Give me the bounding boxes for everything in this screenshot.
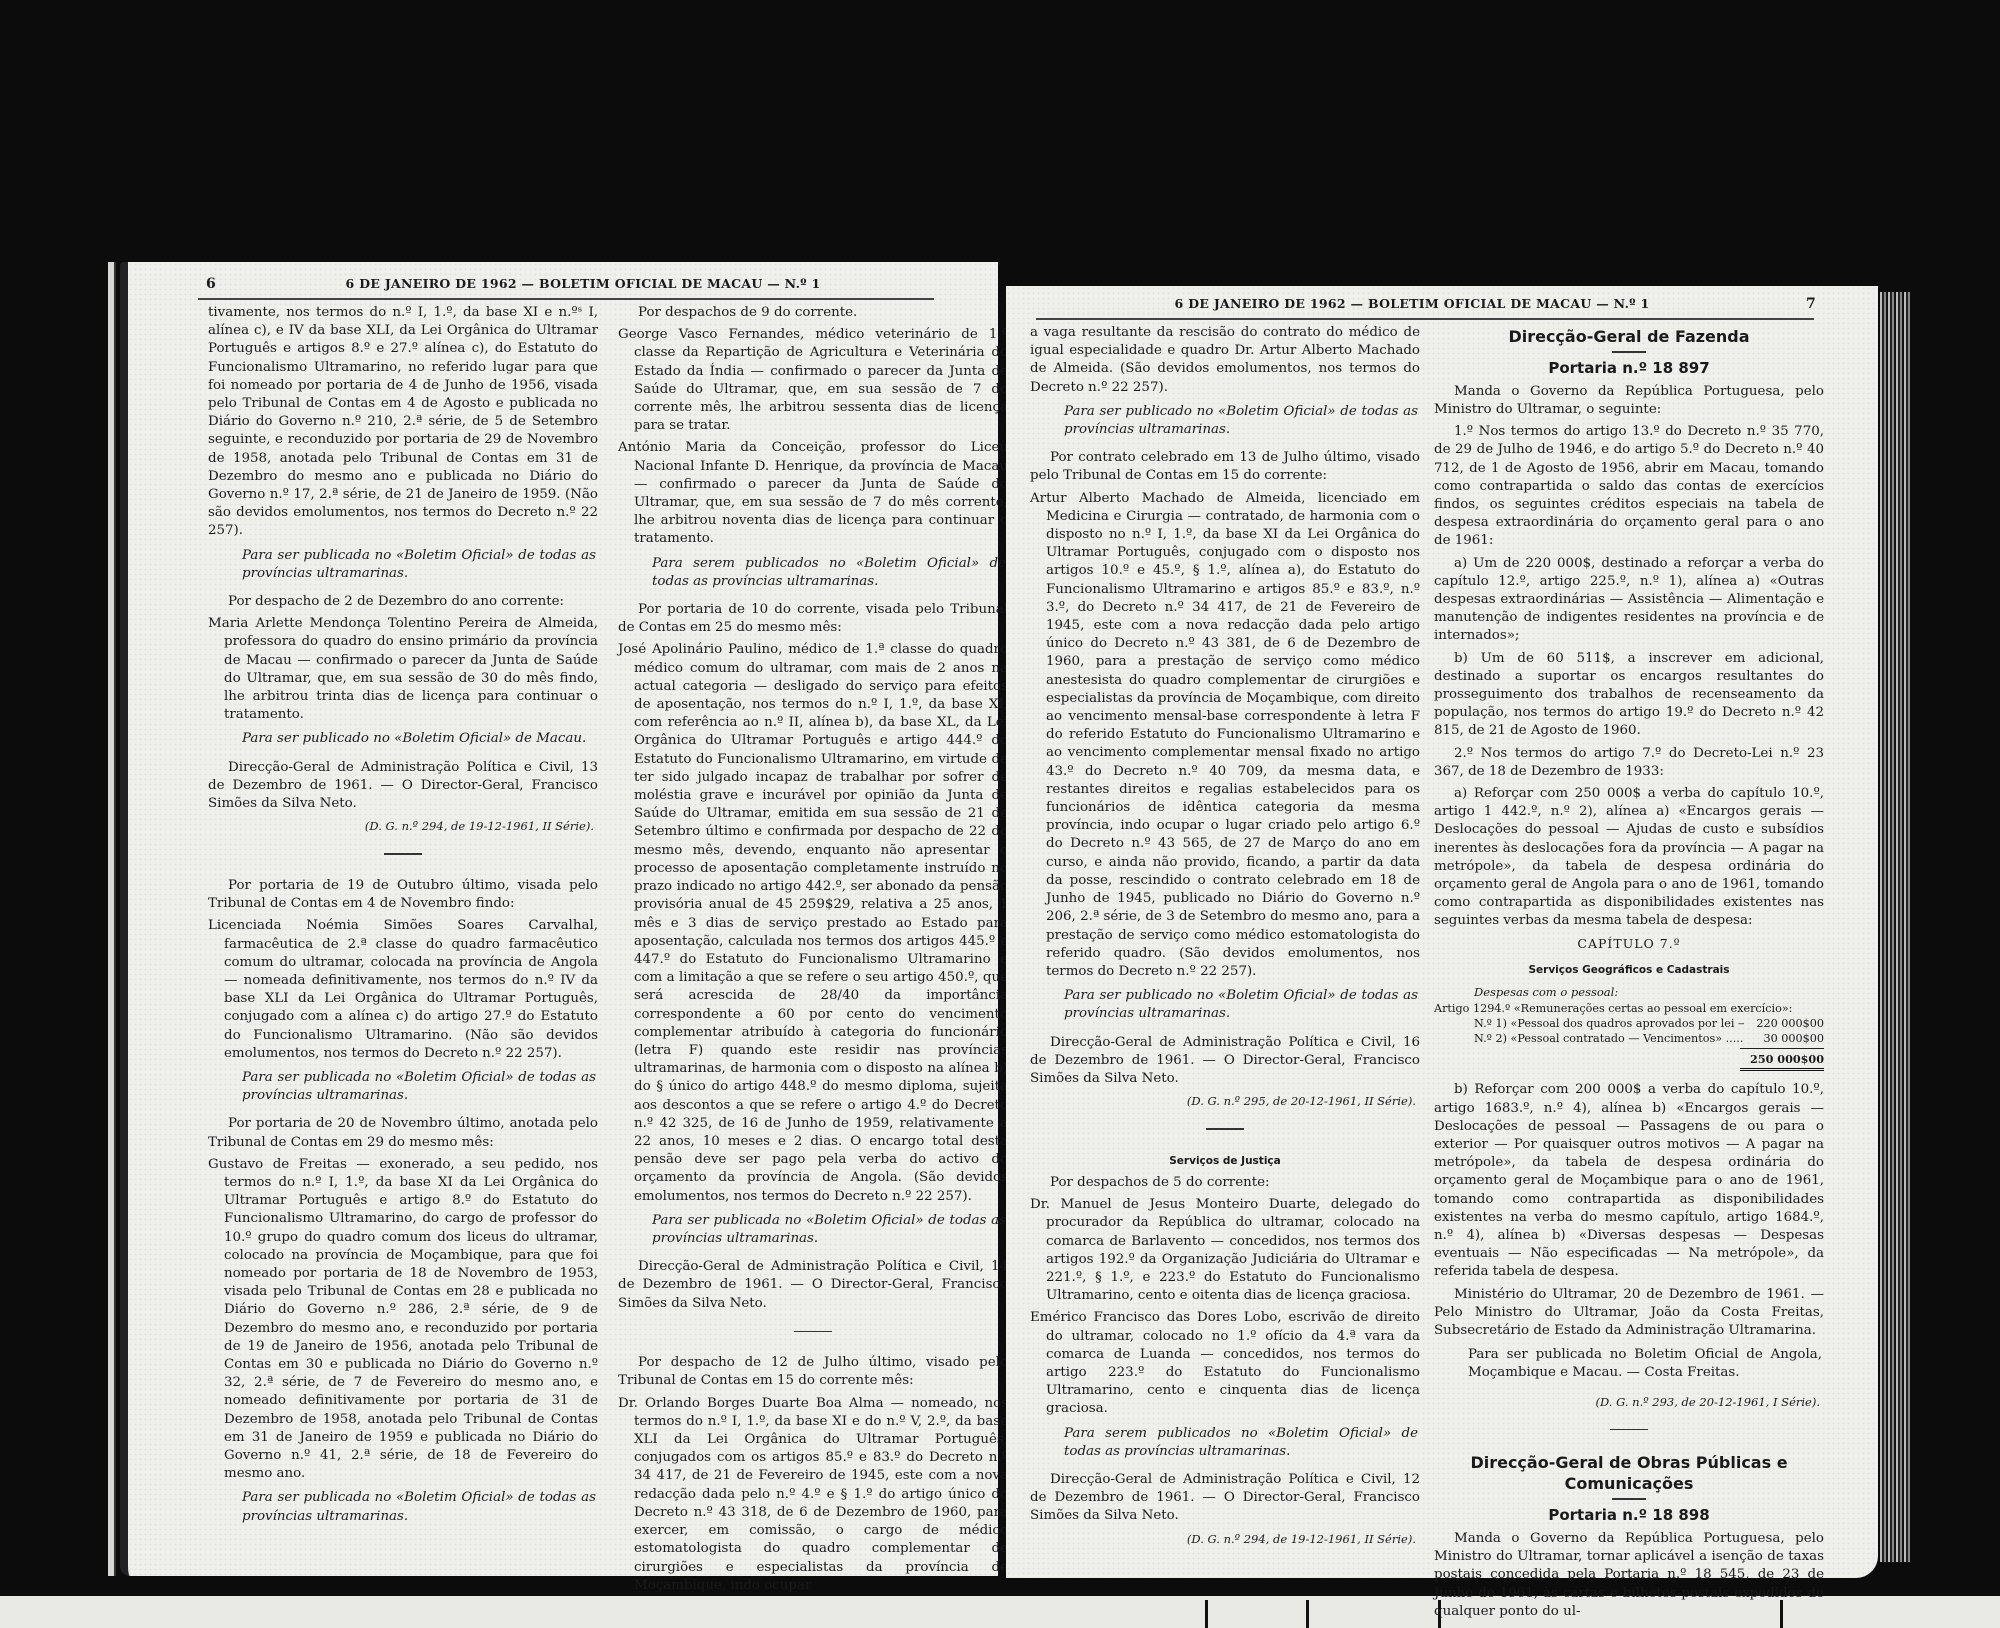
body-paragraph: Por contrato celebrado em 13 de Julho úl… [1030, 449, 1420, 485]
body-paragraph: a) Reforçar com 250 000$ a verba do capí… [1434, 785, 1824, 931]
publication-note: Para ser publicada no «Boletim Oficial» … [618, 1212, 1008, 1248]
total-amount: 250 000$00 [1740, 1048, 1824, 1071]
gazette-reference: (D. G. n.º 294, de 19-12-1961, II Série)… [1030, 1530, 1416, 1548]
entry-paragraph: José Apolinário Paulino, médico de 1.ª c… [618, 641, 1008, 1205]
left-page-column-1: tivamente, nos termos do n.º I, 1.º, da … [208, 304, 598, 1536]
table-subheading: Despesas com o pessoal: [1434, 983, 1824, 1001]
strip-tick [1306, 1600, 1309, 1628]
body-paragraph: Direcção-Geral de Administração Política… [618, 1258, 1008, 1313]
row-amount: 220 000$00 [1744, 1016, 1824, 1031]
body-paragraph: b) Um de 60 511$, a inscrever em adicion… [1434, 650, 1824, 741]
running-head: 6 6 DE JANEIRO DE 1962 — BOLETIM OFICIAL… [128, 262, 998, 298]
running-head: 6 DE JANEIRO DE 1962 — BOLETIM OFICIAL D… [1006, 282, 1878, 318]
publication-note: Para serem publicados no «Boletim Oficia… [1030, 1425, 1420, 1461]
entry-paragraph: Dr. Orlando Borges Duarte Boa Alma — nom… [618, 1395, 1008, 1595]
body-paragraph: Direcção-Geral de Administração Política… [1030, 1034, 1420, 1089]
publication-note: Para serem publicados no «Boletim Oficia… [618, 555, 1008, 591]
heading-rule [1612, 1498, 1646, 1500]
section-heading: Direcção-Geral de Fazenda [1434, 326, 1824, 347]
subsection-heading: Serviços de Justiça [1030, 1152, 1420, 1170]
body-paragraph: 1.º Nos termos do artigo 13.º do Decreto… [1434, 423, 1824, 550]
body-paragraph: a vaga resultante da rescisão do contrat… [1030, 324, 1420, 397]
publication-note: Para ser publicado no «Boletim Oficial» … [208, 730, 598, 748]
entry-paragraph: George Vasco Fernandes, médico veterinár… [618, 326, 1008, 435]
body-paragraph: a) Um de 220 000$, destinado a reforçar … [1434, 555, 1824, 646]
portaria-title: Portaria n.º 18 897 [1434, 359, 1824, 377]
body-paragraph: Por despachos de 5 do corrente: [1030, 1174, 1420, 1192]
gazette-reference: (D. G. n.º 295, de 20-12-1961, II Série)… [1030, 1092, 1416, 1110]
body-paragraph: Direcção-Geral de Administração Política… [1030, 1471, 1420, 1526]
entry-paragraph: António Maria da Conceição, professor do… [618, 439, 1008, 548]
strip-tick [1205, 1600, 1208, 1628]
body-paragraph: b) Reforçar com 200 000$ a verba do capí… [1434, 1081, 1824, 1281]
right-page-column-2: Direcção-Geral de FazendaPortaria n.º 18… [1434, 324, 1824, 1625]
row-label: N.º 1) «Pessoal dos quadros aprovados po… [1474, 1016, 1744, 1031]
section-separator [1206, 1128, 1244, 1130]
gazette-reference: (D. G. n.º 294, de 19-12-1961, II Série)… [208, 817, 594, 835]
publication-note: Para ser publicada no «Boletim Oficial» … [208, 547, 598, 583]
running-head-title: 6 DE JANEIRO DE 1962 — BOLETIM OFICIAL D… [1006, 296, 1878, 311]
entry-paragraph: Gustavo de Freitas — exonerado, a seu pe… [208, 1156, 598, 1484]
row-label: N.º 2) «Pessoal contratado — Vencimentos… [1474, 1031, 1744, 1046]
gazette-reference: (D. G. n.º 293, de 20-12-1961, I Série). [1434, 1393, 1820, 1411]
chapter-heading: CAPÍTULO 7.º [1434, 935, 1824, 953]
right-page: 6 DE JANEIRO DE 1962 — BOLETIM OFICIAL D… [1006, 286, 1878, 1578]
publication-note: Para ser publicada no «Boletim Oficial» … [208, 1489, 598, 1525]
section-separator [384, 853, 422, 855]
subsection-heading: Serviços Geográficos e Cadastrais [1434, 961, 1824, 979]
publication-note: Para ser publicado no «Boletim Oficial» … [1030, 403, 1420, 439]
table-row: N.º 1) «Pessoal dos quadros aprovados po… [1434, 1016, 1824, 1031]
row-amount: 30 000$00 [1744, 1031, 1824, 1046]
section-separator [1610, 1429, 1648, 1431]
body-paragraph: 2.º Nos termos do artigo 7.º do Decreto-… [1434, 745, 1824, 781]
body-paragraph: Direcção-Geral de Administração Política… [208, 759, 598, 814]
table-total: 250 000$00 [1434, 1048, 1824, 1071]
header-rule [1036, 318, 1814, 320]
entry-paragraph: Artur Alberto Machado de Almeida, licenc… [1030, 490, 1420, 981]
body-paragraph: tivamente, nos termos do n.º I, 1.º, da … [208, 304, 598, 541]
publication-note: Para ser publicada no Boletim Oficial de… [1434, 1346, 1824, 1382]
body-paragraph: Por portaria de 20 de Novembro último, a… [208, 1115, 598, 1151]
publication-note: Para ser publicada no «Boletim Oficial» … [208, 1069, 598, 1105]
body-paragraph: Ministério do Ultramar, 20 de Dezembro d… [1434, 1286, 1824, 1341]
portaria-title: Portaria n.º 18 898 [1434, 1506, 1824, 1524]
body-paragraph: Manda o Governo da República Portuguesa,… [1434, 1530, 1824, 1621]
table-row: N.º 2) «Pessoal contratado — Vencimentos… [1434, 1031, 1824, 1046]
body-paragraph: Por despacho de 12 de Julho último, visa… [618, 1354, 1008, 1390]
page-number: 7 [1806, 296, 1816, 312]
section-heading: Direcção-Geral de Obras Públicas e Comun… [1434, 1452, 1824, 1494]
entry-paragraph: Licenciada Noémia Simões Soares Carvalha… [208, 917, 598, 1063]
body-paragraph: Por portaria de 19 de Outubro último, vi… [208, 877, 598, 913]
entry-paragraph: Maria Arlette Mendonça Tolentino Pereira… [208, 615, 598, 724]
left-page-column-2: Por despachos de 9 do corrente.George Va… [618, 304, 1008, 1599]
running-head-title: 6 DE JANEIRO DE 1962 — BOLETIM OFICIAL D… [128, 276, 998, 291]
right-page-column-1: a vaga resultante da rescisão do contrat… [1030, 324, 1420, 1558]
page-stack-edge [1880, 292, 1910, 1562]
body-paragraph: Por despacho de 2 de Dezembro do ano cor… [208, 593, 598, 611]
body-paragraph: Por despachos de 9 do corrente. [618, 304, 1008, 322]
body-paragraph: Manda o Governo da República Portuguesa,… [1434, 383, 1824, 419]
entry-paragraph: Dr. Manuel de Jesus Monteiro Duarte, del… [1030, 1196, 1420, 1305]
heading-rule [1612, 351, 1646, 353]
left-page: 6 6 DE JANEIRO DE 1962 — BOLETIM OFICIAL… [120, 262, 998, 1576]
entry-paragraph: Emérico Francisco das Dores Lobo, escriv… [1030, 1309, 1420, 1418]
header-rule [198, 298, 934, 300]
body-paragraph: Por portaria de 10 do corrente, visada p… [618, 601, 1008, 637]
section-separator [794, 1331, 832, 1333]
table-header: Artigo 1294.º «Remunerações certas ao pe… [1434, 1001, 1824, 1016]
budget-table: Artigo 1294.º «Remunerações certas ao pe… [1434, 1001, 1824, 1071]
publication-note: Para ser publicado no «Boletim Oficial» … [1030, 987, 1420, 1023]
